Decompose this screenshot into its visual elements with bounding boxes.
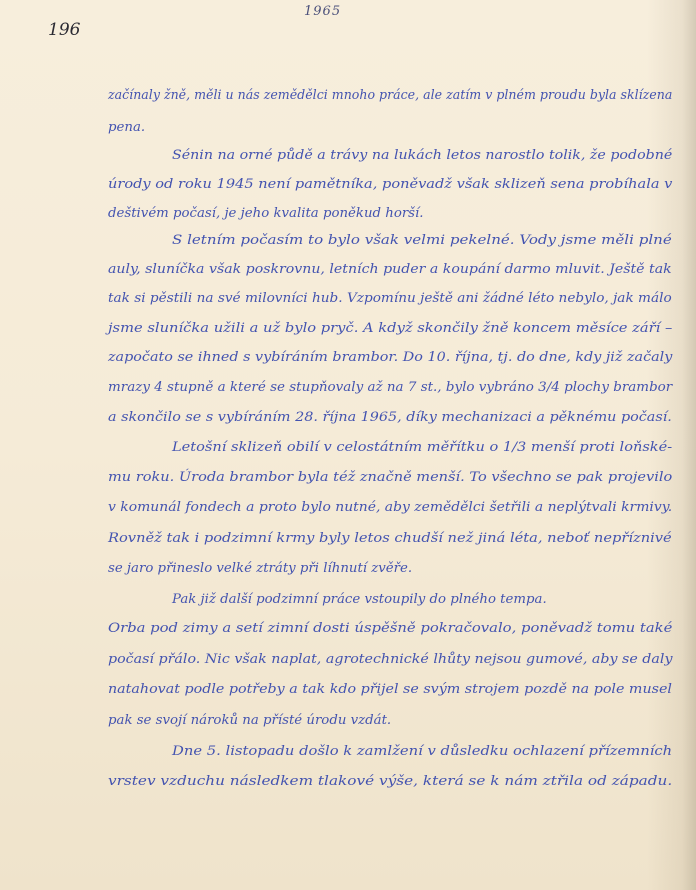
text-line: započato se ihned s vybíráním brambor. D… bbox=[108, 350, 672, 365]
text-line: počasí přálo. Nic však naplat, agrotechn… bbox=[108, 652, 673, 667]
text-line: a skončilo se s vybíráním 28. října 1965… bbox=[108, 410, 672, 425]
text-line: v komunál fondech a proto bylo nutné, ab… bbox=[108, 500, 672, 515]
text-line: Orba pod zimy a setí zimní dosti úspěšně… bbox=[108, 621, 672, 636]
text-line: Sénin na orné půdě a trávy na lukách let… bbox=[172, 148, 672, 163]
notebook-page: 1965 196 začínaly žně, měli u nás zemědě… bbox=[0, 0, 696, 890]
text-line: pak se svojí nároků na přísté úrodu vzdá… bbox=[108, 713, 391, 728]
text-line: se jaro přineslo velké ztráty při líhnut… bbox=[108, 561, 412, 576]
text-line: S letním počasím to bylo však velmi peke… bbox=[172, 233, 672, 248]
text-line: Letošní sklizeň obilí v celostátním měří… bbox=[172, 440, 672, 455]
text-line: mrazy 4 stupně a které se stupňovaly až … bbox=[108, 380, 672, 395]
text-line: deštivém počasí, je jeho kvalita poněkud… bbox=[108, 206, 423, 221]
text-line: natahovat podle potřeby a tak kdo přijel… bbox=[108, 682, 672, 697]
text-line: jsme sluníčka užili a už bylo pryč. A kd… bbox=[108, 321, 672, 336]
text-line: začínaly žně, měli u nás zemědělci mnoho… bbox=[108, 88, 672, 103]
text-line: pena. bbox=[108, 120, 145, 135]
text-line: mu roku. Úroda brambor byla též značně m… bbox=[108, 470, 672, 485]
text-line: vrstev vzduchu následkem tlakové výše, k… bbox=[108, 774, 672, 789]
text-line: úrody od roku 1945 není pamětníka, poněv… bbox=[108, 177, 672, 192]
text-line: tak si pěstili na své milovníci hub. Vzp… bbox=[108, 291, 672, 306]
text-line: Rovněž tak i podzimní krmy byly letos ch… bbox=[108, 531, 672, 546]
page-number: 196 bbox=[48, 20, 80, 40]
text-line: Dne 5. listopadu došlo k zamlžení v důsl… bbox=[172, 744, 672, 759]
text-line: Pak již další podzimní práce vstoupily d… bbox=[172, 592, 547, 607]
year-header: 1965 bbox=[304, 4, 341, 19]
text-line: auly, sluníčka však poskrovnu, letních p… bbox=[108, 262, 672, 277]
